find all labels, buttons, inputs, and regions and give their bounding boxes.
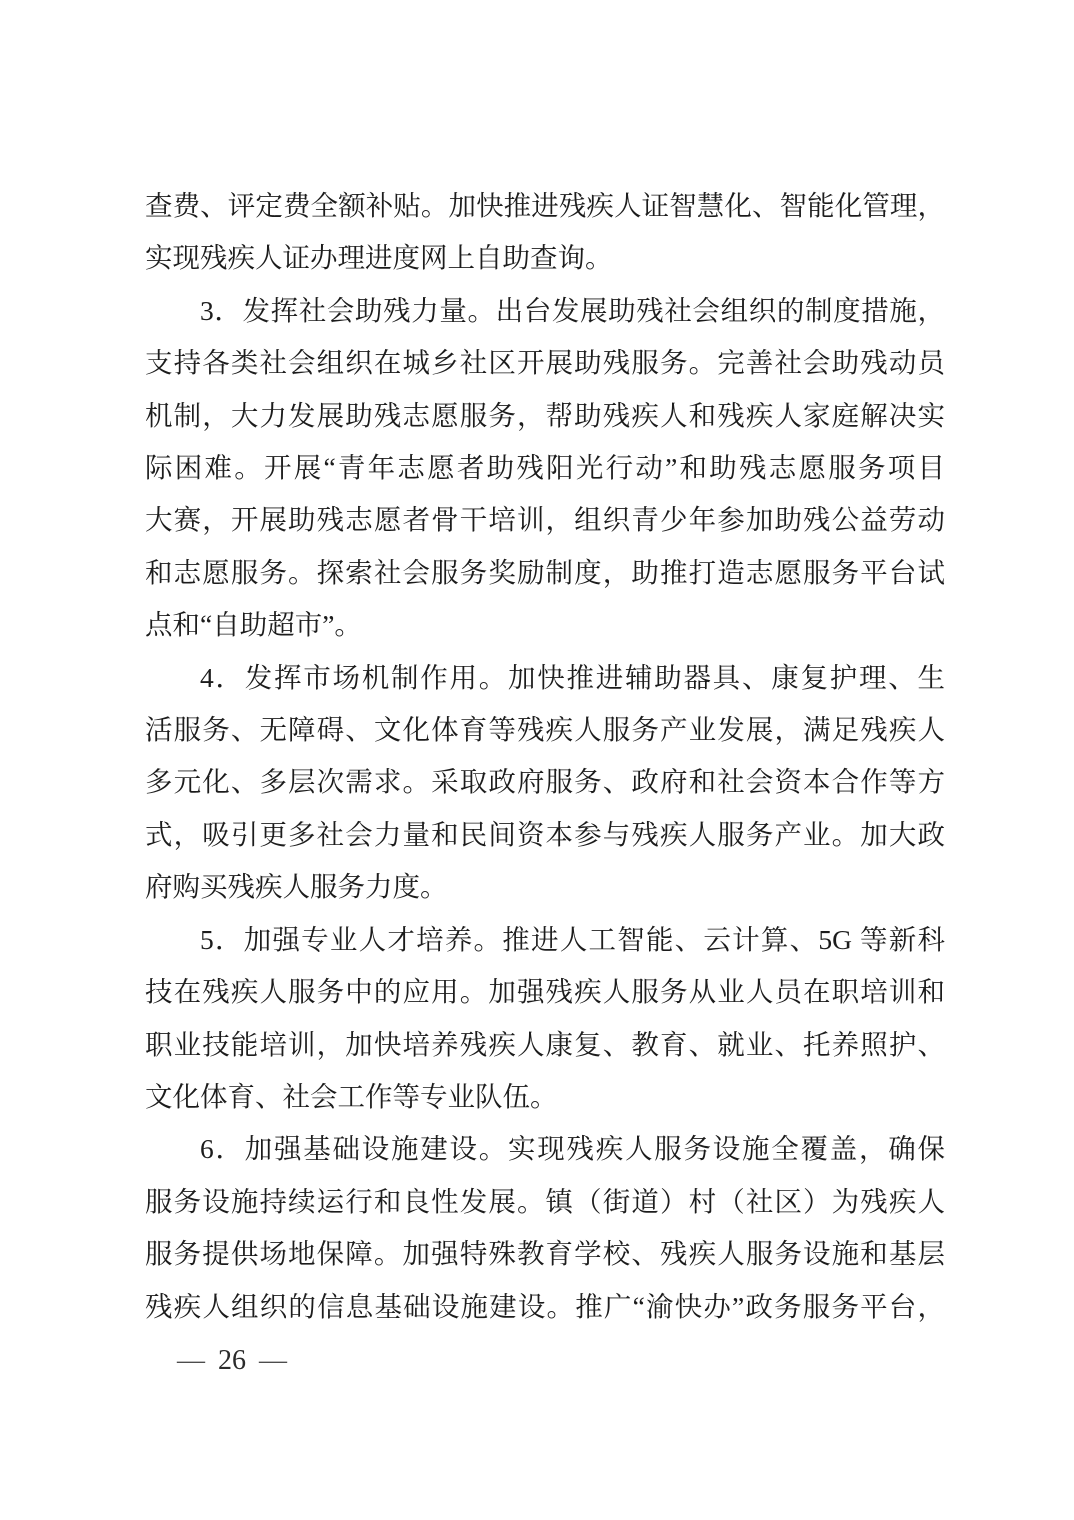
page-footer: — 26 — <box>177 1345 287 1377</box>
text-line: 服务设施持续运行和良性发展。镇（街道）村（社区）为残疾人 <box>145 1176 945 1228</box>
paragraph-item-5: 5．加强专业人才培养。推进人工智能、云计算、5G 等新科 技在残疾人服务中的应用… <box>145 914 945 1124</box>
document-body: 查费、评定费全额补贴。加快推进残疾人证智慧化、智能化管理， 实现残疾人证办理进度… <box>145 180 945 1333</box>
text-line: 技在残疾人服务中的应用。加强残疾人服务从业人员在职培训和 <box>145 966 945 1018</box>
page-number: 26 <box>218 1345 246 1377</box>
text-line: 文化体育、社会工作等专业队伍。 <box>145 1071 945 1123</box>
text-line: 际困难。开展“青年志愿者助残阳光行动”和助残志愿服务项目 <box>145 442 945 494</box>
paragraph-item-4: 4．发挥市场机制作用。加快推进辅助器具、康复护理、生 活服务、无障碍、文化体育等… <box>145 652 945 914</box>
text-line: 多元化、多层次需求。采取政府服务、政府和社会资本合作等方 <box>145 756 945 808</box>
text-line: 职业技能培训，加快培养残疾人康复、教育、就业、托养照护、 <box>145 1019 945 1071</box>
paragraph-item-3: 3．发挥社会助残力量。出台发展助残社会组织的制度措施， 支持各类社会组织在城乡社… <box>145 285 945 652</box>
text-line: 实现残疾人证办理进度网上自助查询。 <box>145 232 945 284</box>
paragraph-continuation: 查费、评定费全额补贴。加快推进残疾人证智慧化、智能化管理， 实现残疾人证办理进度… <box>145 180 945 285</box>
text-line: 大赛，开展助残志愿者骨干培训，组织青少年参加助残公益劳动 <box>145 494 945 546</box>
text-line: 式，吸引更多社会力量和民间资本参与残疾人服务产业。加大政 <box>145 809 945 861</box>
paragraph-item-6: 6．加强基础设施建设。实现残疾人服务设施全覆盖，确保 服务设施持续运行和良性发展… <box>145 1123 945 1333</box>
text-line: 府购买残疾人服务力度。 <box>145 861 945 913</box>
text-line: 和志愿服务。探索社会服务奖励制度，助推打造志愿服务平台试 <box>145 547 945 599</box>
text-line: 6．加强基础设施建设。实现残疾人服务设施全覆盖，确保 <box>145 1123 945 1175</box>
text-line: 5．加强专业人才培养。推进人工智能、云计算、5G 等新科 <box>145 914 945 966</box>
document-page: 查费、评定费全额补贴。加快推进残疾人证智慧化、智能化管理， 实现残疾人证办理进度… <box>0 0 1074 1520</box>
text-line: 3．发挥社会助残力量。出台发展助残社会组织的制度措施， <box>145 285 945 337</box>
text-line: 支持各类社会组织在城乡社区开展助残服务。完善社会助残动员 <box>145 337 945 389</box>
text-line: 服务提供场地保障。加强特殊教育学校、残疾人服务设施和基层 <box>145 1228 945 1280</box>
footer-dash-right: — <box>259 1345 287 1377</box>
text-line: 活服务、无障碍、文化体育等残疾人服务产业发展，满足残疾人 <box>145 704 945 756</box>
text-line: 点和“自助超市”。 <box>145 599 945 651</box>
footer-dash-left: — <box>177 1345 205 1377</box>
text-line: 机制，大力发展助残志愿服务，帮助残疾人和残疾人家庭解决实 <box>145 390 945 442</box>
text-line: 查费、评定费全额补贴。加快推进残疾人证智慧化、智能化管理， <box>145 180 945 232</box>
text-line: 4．发挥市场机制作用。加快推进辅助器具、康复护理、生 <box>145 652 945 704</box>
text-line: 残疾人组织的信息基础设施建设。推广“渝快办”政务服务平台， <box>145 1281 945 1333</box>
